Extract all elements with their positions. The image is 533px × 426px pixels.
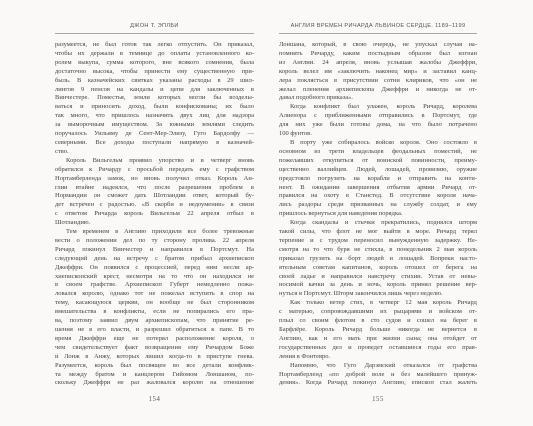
text-line: тему, касающуюся церкви, он вообще не бы… (55, 299, 254, 308)
text-line: достаточно высока, чтобы принести ему су… (55, 68, 254, 77)
text-line: дет встречен с радостью. «В скорби и нед… (55, 201, 254, 210)
text-line: нуться в Портсмут. Шторм закончился лишь… (279, 290, 477, 299)
left-page: ДЖОН Т. ЭПЛБИ разумеется, не был готов т… (55, 0, 254, 426)
text-line: разумеется, не был готов так легко отпус… (55, 41, 254, 50)
text-line: Алиенора с приближенными отправились в П… (279, 112, 477, 121)
text-line: время Джеффри еще не потерял расположени… (55, 335, 254, 344)
text-line: носимой качки за день и ночь, король при… (279, 281, 477, 290)
text-line: северными. Все доходы поступали напрямую… (55, 139, 254, 148)
text-line: так много, что пришлось назначить двух л… (55, 112, 254, 121)
right-running-head: АНГЛИЯ ВРЕМЕН РИЧАРДА ЛЬВИНОЕ СЕРДЦЕ. 11… (279, 23, 477, 29)
text-line: пришлось вернуться для наведения порядка… (279, 210, 477, 219)
paragraph: Король Вильгельм проявил упорство и в че… (55, 157, 254, 228)
book-spread: ДЖОН Т. ЭПЛБИ разумеется, не был готов т… (0, 0, 533, 426)
text-line: Шотландию. (55, 219, 254, 228)
text-line: Король Вильгельм проявил упорство и в че… (55, 157, 254, 166)
text-line: та между братом и канцлером Гийомом Лонш… (55, 371, 254, 380)
text-line: Нортамберленда замок, но вновь получил о… (55, 175, 254, 184)
text-line: ролем выкупа, сумма которого, вне всяког… (55, 59, 254, 68)
text-line: чем свидетельствует факт возвращения ему… (55, 344, 254, 353)
text-line: такой силы, что флот не мог выйти в море… (279, 228, 477, 237)
text-line: глии втайне надеялся, что после разрешен… (55, 184, 254, 193)
text-line: Нортамберленд «по доброй воле и без мале… (279, 371, 477, 380)
text-line: обратился к Ричарду с просьбой передать … (55, 166, 254, 175)
text-line: помнить Ричарду, каким постыдным образом… (279, 50, 477, 59)
text-line: нент. В ожидании завершения отбытия арми… (279, 184, 477, 193)
text-line: Тем временем в Англию приходили все боле… (55, 228, 254, 237)
paragraph: Когда скандалы и стычки прекратились, по… (279, 219, 477, 299)
left-text-block: разумеется, не был готов так легко отпус… (55, 41, 254, 388)
text-line: ство. (55, 148, 254, 157)
text-line: В порту уже собиралось войско короля. Он… (279, 139, 477, 148)
text-line: Напомню, что Гуго Дарэмский отказался от… (279, 362, 477, 371)
text-line: из Англии. 24 апреля, вновь услышав жало… (279, 59, 477, 68)
text-line: Ричард покинул Винчестер и направился в … (55, 246, 254, 255)
text-line: Англию, как и его мать при жизни сына; о… (279, 335, 477, 344)
text-line: ятельным советам капитанов, король отоше… (279, 264, 477, 273)
text-line: 100 фунтов. (279, 130, 477, 139)
text-line: скольку Джеффри не раз жаловался королю … (55, 379, 254, 388)
text-line: шения не в его власти, и разрешил обрати… (55, 326, 254, 335)
paragraph: разумеется, не был готов так легко отпус… (55, 41, 254, 157)
text-line: приказал грузить на борт людей и лошадей… (279, 255, 477, 264)
paragraph: Напомню, что Гуго Дарэмский отказался от… (279, 362, 477, 389)
text-line: хиепископский крест, несмотря на то что … (55, 273, 254, 282)
text-line: Когда скандалы и стычки прекратились, по… (279, 219, 477, 228)
text-line: Барфлёре. Король Ричард больше никогда н… (279, 326, 477, 335)
text-line: для них уже были готовы дома, на что был… (279, 121, 477, 130)
text-line: правился на охоту в Станстед. В отсутств… (279, 192, 477, 201)
left-header-rule (55, 33, 254, 34)
text-line: дения». Когда Ричард покинул Англию, епи… (279, 379, 477, 388)
text-line: Лоншана, который, в свою очередь, не упу… (279, 41, 477, 50)
right-header-rule (279, 33, 477, 34)
text-line: король велел им «заключить наконец мир» … (279, 68, 477, 77)
text-line: чтобы их держали в темнице до оплаты уст… (55, 50, 254, 59)
text-line: Когда конфликт был улажен, король Ричард… (279, 103, 477, 112)
text-line: предстояло погрузить на корабли и отправ… (279, 175, 477, 184)
paragraph: Когда конфликт был улажен, король Ричард… (279, 103, 477, 139)
text-line: и Лонж в Анжу, которых лишил когда-то в … (55, 353, 254, 362)
paragraph: Лоншана, который, в свою очередь, не упу… (279, 41, 477, 103)
text-line: ловался королю, однако тот не пожелал вс… (55, 290, 254, 299)
text-line: лингов 9 пенсов на кандалы и цепи для за… (55, 86, 254, 95)
right-text-block: Лоншана, который, в свою очередь, не упу… (279, 41, 477, 388)
text-line: лера поклясться в присутствии сотни клир… (279, 77, 477, 86)
text-line: терпение и с трудом переносил вынужденну… (279, 237, 477, 246)
text-line: Нормандии он сможет дать Шотландии ответ… (55, 192, 254, 201)
text-line: щественно валлийцев. Людей, лошадей, про… (279, 166, 477, 175)
text-line: государственных дел и проведет оставшиес… (279, 344, 477, 353)
paragraph: Тем временем в Англию приходили все боле… (55, 228, 254, 388)
text-line: вести о положении дел по ту сторону прол… (55, 237, 254, 246)
text-line: поручалось Уильяму де Сент-Мер-Элизу, Гу… (55, 130, 254, 139)
text-line: плыл со своим флотом в сто судов и сошел… (279, 317, 477, 326)
right-page: АНГЛИЯ ВРЕМЕН РИЧАРДА ЛЬВИНОЕ СЕРДЦЕ. 11… (279, 0, 477, 426)
text-line: ваться и приносить доход, были конфисков… (55, 103, 254, 112)
text-line: ления в Фонтевро. (279, 353, 477, 362)
text-line: за выморочным имуществом. За южными земл… (55, 121, 254, 130)
left-running-head: ДЖОН Т. ЭПЛБИ (55, 23, 254, 29)
left-page-number: 154 (55, 396, 254, 403)
text-line: Как только ветер стих, в четверг 12 мая … (279, 299, 477, 308)
text-line: своей ладье и направился навстречу стихи… (279, 273, 477, 282)
text-line: Разумеется, король был посвящен во все д… (55, 362, 254, 371)
paragraph: В порту уже собиралось войско короля. Он… (279, 139, 477, 219)
right-page-number: 155 (279, 396, 477, 403)
text-line: быль. В казначейских свитках указаны рас… (55, 77, 254, 86)
text-line: ва, поэтому заявил двум архиепископам, ч… (55, 317, 254, 326)
text-line: в своем графстве. Архиепископ Губерт нем… (55, 281, 254, 290)
text-line: желал пленения архиепископа Джеффри и ни… (279, 86, 477, 95)
text-line: основном из трети владельцев феодальных … (279, 148, 477, 157)
text-line: следующий день на встречу с братом прибы… (55, 255, 254, 264)
text-line: пожелавших откупиться от воинской повинн… (279, 157, 477, 166)
text-line: давал подобного приказа». (279, 94, 477, 103)
paragraph: Как только ветер стих, в четверг 12 мая … (279, 299, 477, 361)
text-line: смотря на то что буря не стихла, в понед… (279, 246, 477, 255)
text-line: вмешательства в конфликты, если не попир… (55, 308, 254, 317)
text-line: лись раздоры среди призванных на службу … (279, 201, 477, 210)
text-line: Винчестере. Поместья, земли которых могл… (55, 94, 254, 103)
text-line: Джеффри. Он появился с процессией, перед… (55, 264, 254, 273)
text-line: с матерью, сопровождавшими их рыцарями и… (279, 308, 477, 317)
text-line: с ответом Ричарда король Вильгельм 22 ап… (55, 210, 254, 219)
